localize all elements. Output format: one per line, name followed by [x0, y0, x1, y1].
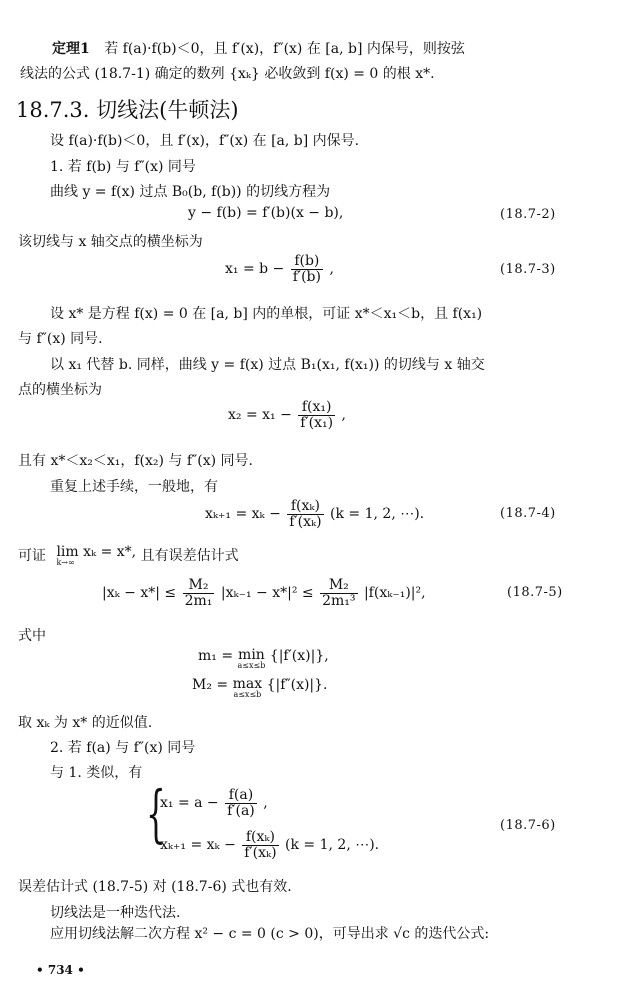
limit-expression: lim xₖ = x*, k→∞ — [56, 545, 136, 567]
equation-number-18-7-6: (18.7-6) — [500, 818, 556, 833]
eq-lhs: x₁ = b − — [225, 261, 284, 277]
def-rhs: {|f″(x)|}. — [267, 677, 328, 693]
case2-similar: 与 1. 类似，有 — [50, 762, 142, 782]
eq-lhs: x₁ = a − — [160, 795, 219, 811]
tangent-intercept-text: 该切线与 x 轴交点的横坐标为 — [18, 231, 203, 251]
eq-tail: , — [342, 407, 346, 423]
fraction-denominator: f′(a) — [225, 804, 257, 819]
para-take: 取 xₖ 为 x* 的近似值. — [18, 712, 152, 732]
para-apply: 应用切线法解二次方程 x² − c = 0 (c > 0)，可导出求 √c 的迭… — [50, 923, 489, 943]
equation-number-18-7-2: (18.7-2) — [500, 207, 556, 222]
eq-lhs: xₖ₊₁ = xₖ − — [160, 837, 236, 853]
fraction-numerator: M₂ — [320, 578, 357, 594]
equation-18-7-5: |xₖ − x*| ≤ M₂ 2m₁ |xₖ₋₁ − x*|² ≤ M₂ 2m₁… — [102, 578, 426, 608]
para-root-line-2: 与 f″(x) 同号. — [18, 328, 103, 348]
fraction-denominator: f′(xₖ) — [242, 846, 278, 861]
fraction: f(b) f′(b) — [291, 254, 323, 284]
eq-tail: , — [329, 261, 333, 277]
section-heading: 18.7.3. 切线法(牛顿法) — [16, 94, 239, 124]
max-operator: max a≤x≤b — [233, 677, 263, 699]
operator-range: a≤x≤b — [233, 691, 263, 699]
fraction-numerator: f(x₁) — [298, 400, 335, 416]
equation-18-7-2: y − f(b) = f′(b)(x − b), — [188, 205, 343, 221]
def-lhs: M₂ = — [192, 677, 228, 693]
para-repeat: 重复上述手续，一般地，有 — [50, 476, 218, 496]
eq-part-1: |xₖ − x*| ≤ — [102, 585, 176, 601]
fraction-numerator: f(a) — [225, 788, 257, 804]
eq-lhs: xₖ₊₁ = xₖ − — [205, 506, 281, 522]
def-lhs: m₁ = — [198, 648, 233, 664]
para-intro: 设 f(a)·f(b)＜0，且 f′(x)，f″(x) 在 [a, b] 内保号… — [50, 130, 359, 150]
fraction: f(xₖ) f′(xₖ) — [242, 830, 278, 860]
para-replace-line-2: 点的横坐标为 — [18, 379, 102, 399]
theorem-line-1: 定理1 若 f(a)·f(b)＜0，且 f′(x)，f″(x) 在 [a, b]… — [52, 38, 465, 58]
fraction-numerator: f(xₖ) — [242, 830, 278, 846]
eq-tail: , — [263, 795, 267, 811]
fraction: f(x₁) f′(x₁) — [298, 400, 335, 430]
para-limit: 可证 lim xₖ = x*, k→∞ 且有误差估计式 — [18, 545, 239, 567]
eq-part-3: |f(xₖ₋₁)|², — [364, 585, 426, 601]
case1-title: 1. 若 f(b) 与 f″(x) 同号 — [50, 156, 196, 176]
min-operator: min a≤x≤b — [238, 648, 266, 670]
fraction-numerator: f(b) — [291, 254, 323, 270]
fraction-numerator: f(xₖ) — [287, 499, 323, 515]
fraction-denominator: f′(xₖ) — [287, 515, 323, 530]
fraction-denominator: f′(x₁) — [298, 416, 335, 431]
operator-range: a≤x≤b — [238, 662, 266, 670]
limit-subscript: k→∞ — [56, 559, 136, 567]
para-and-has: 且有 x*＜x₂＜x₁，f(x₂) 与 f″(x) 同号. — [18, 450, 253, 470]
eq-part-2: |xₖ₋₁ − x*|² ≤ — [221, 585, 314, 601]
equation-18-7-3: x₁ = b − f(b) f′(b) , — [225, 254, 334, 284]
para-root-line-1: 设 x* 是方程 f(x) = 0 在 [a, b] 内的单根，可证 x*＜x₁… — [50, 303, 482, 323]
fraction-numerator: M₂ — [183, 578, 215, 594]
equation-number-18-7-4: (18.7-4) — [500, 506, 556, 521]
equation-number-18-7-5: (18.7-5) — [507, 585, 563, 600]
equation-x2: x₂ = x₁ − f(x₁) f′(x₁) , — [228, 400, 346, 430]
fraction: f(xₖ) f′(xₖ) — [287, 499, 323, 529]
eq-lhs: x₂ = x₁ − — [228, 407, 292, 423]
operator-label: max — [233, 677, 263, 691]
operator-label: min — [238, 648, 266, 662]
theorem-label: 定理1 — [52, 41, 90, 57]
eq-tail: (k = 1, 2, ⋯). — [285, 837, 379, 853]
page-number: • 734 • — [36, 963, 85, 977]
fraction: M₂ 2m₁ — [183, 578, 215, 608]
def-rhs: {|f′(x)|}, — [270, 648, 329, 664]
para-iterative: 切线法是一种迭代法. — [50, 902, 180, 922]
fraction: M₂ 2m₁³ — [320, 578, 357, 608]
definition-m1: m₁ = min a≤x≤b {|f′(x)|}, — [198, 648, 329, 670]
case2-title: 2. 若 f(a) 与 f″(x) 同号 — [50, 737, 195, 757]
equation-18-7-4: xₖ₊₁ = xₖ − f(xₖ) f′(xₖ) (k = 1, 2, ⋯). — [205, 499, 424, 529]
fraction-denominator: 2m₁³ — [320, 594, 357, 609]
fraction-denominator: f′(b) — [291, 270, 323, 285]
theorem-line-2: 线法的公式 (18.7-1) 确定的数列 {xₖ} 必收敛到 f(x) = 0 … — [20, 63, 435, 83]
theorem-text-1: 若 f(a)·f(b)＜0，且 f′(x)，f″(x) 在 [a, b] 内保号… — [104, 41, 465, 57]
equation-18-7-6-row-2: xₖ₊₁ = xₖ − f(xₖ) f′(xₖ) (k = 1, 2, ⋯). — [160, 830, 379, 860]
fraction-denominator: 2m₁ — [183, 594, 215, 609]
para-replace-line-1: 以 x₁ 代替 b. 同样，曲线 y = f(x) 过点 B₁(x₁, f(x₁… — [50, 354, 485, 374]
eq-tail: (k = 1, 2, ⋯). — [330, 506, 424, 522]
limit-prefix: 可证 — [18, 548, 46, 564]
where-label: 式中 — [18, 625, 46, 645]
equation-18-7-6-row-1: x₁ = a − f(a) f′(a) , — [160, 788, 268, 818]
equation-number-18-7-3: (18.7-3) — [500, 262, 556, 277]
limit-suffix: 且有误差估计式 — [141, 548, 239, 564]
case1-curve: 曲线 y = f(x) 过点 B₀(b, f(b)) 的切线方程为 — [50, 181, 330, 201]
para-error-valid: 误差估计式 (18.7-5) 对 (18.7-6) 式也有效. — [18, 876, 292, 896]
fraction: f(a) f′(a) — [225, 788, 257, 818]
limit-top: lim xₖ = x*, — [56, 545, 136, 559]
definition-M2: M₂ = max a≤x≤b {|f″(x)|}. — [192, 677, 328, 699]
